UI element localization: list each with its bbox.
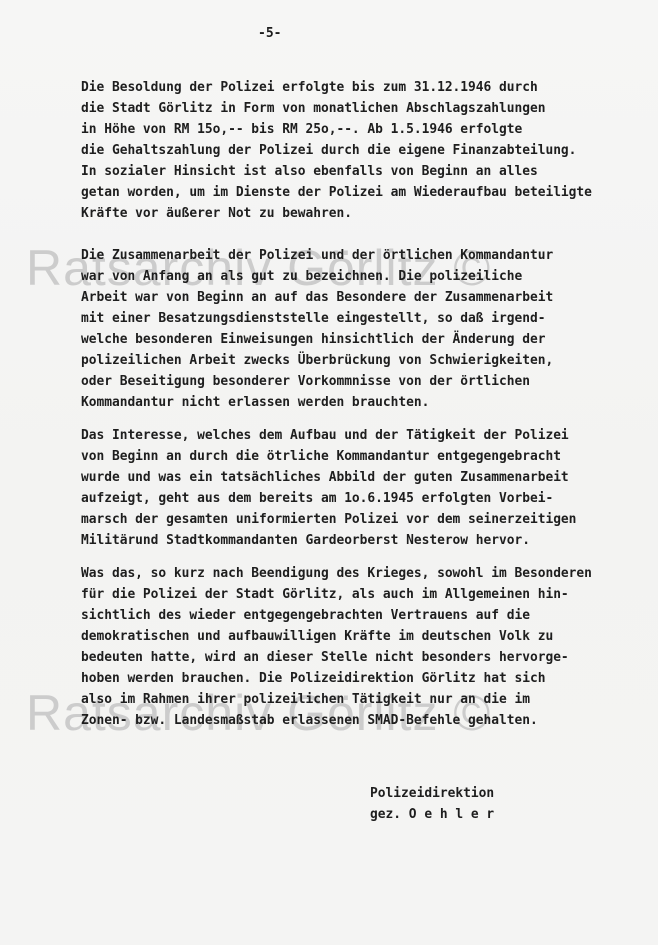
text-line: Zonen- bzw. Landesmaßstab erlassenen SMA… [81,713,538,729]
text-line: bedeuten hatte, wird an dieser Stelle ni… [81,650,569,666]
text-line: wurde und was ein tatsächliches Abbild d… [81,470,569,486]
signature-name: gez. O e h l e r [370,807,494,823]
text-line: von Beginn an durch die ötrliche Kommand… [81,449,561,465]
text-line: oder Beseitigung besonderer Vorkommnisse… [81,374,530,390]
text-line: Militärund Stadtkommandanten Gardeorbers… [81,533,530,549]
text-line: polizeilichen Arbeit zwecks Überbrückung… [81,353,553,369]
text-line: getan worden, um im Dienste der Polizei … [81,185,592,201]
text-line: Arbeit war von Beginn an auf das Besonde… [81,290,553,306]
text-line: welche besonderen Einweisungen hinsichtl… [81,332,545,348]
text-line: Kommandantur nicht erlassen werden brauc… [81,395,429,411]
text-line: Die Besoldung der Polizei erfolgte bis z… [81,80,538,96]
document-page: Ratsarchiv Görlitz © Ratsarchiv Görlitz … [0,0,658,945]
text-line: sichtlich des wieder entgegengebrachten … [81,608,530,624]
text-line: demokratischen und aufbauwilligen Kräfte… [81,629,553,645]
text-line: also im Rahmen ihrer polizeilichen Tätig… [81,692,530,708]
text-line: Kräfte vor äußerer Not zu bewahren. [81,206,352,222]
text-line: marsch der gesamten uniformierten Polize… [81,512,576,528]
text-line: Die Zusammenarbeit der Polizei und der ö… [81,248,553,264]
text-line: hoben werden brauchen. Die Polizeidirekt… [81,671,545,687]
text-line: In sozialer Hinsicht ist also ebenfalls … [81,164,538,180]
text-line: die Stadt Görlitz in Form von monatliche… [81,101,545,117]
signature-office: Polizeidirektion [370,786,494,802]
text-line: war von Anfang an als gut zu bezeichnen.… [81,269,522,285]
text-line: Was das, so kurz nach Beendigung des Kri… [81,566,592,582]
page-number: -5- [258,26,281,41]
text-line: in Höhe von RM 15o,-- bis RM 25o,--. Ab … [81,122,522,138]
text-line: für die Polizei der Stadt Görlitz, als a… [81,587,569,603]
text-line: mit einer Besatzungsdienststelle eingest… [81,311,545,327]
text-line: Das Interesse, welches dem Aufbau und de… [81,428,569,444]
text-line: die Gehaltszahlung der Polizei durch die… [81,143,576,159]
text-line: aufzeigt, geht aus dem bereits am 1o.6.1… [81,491,553,507]
